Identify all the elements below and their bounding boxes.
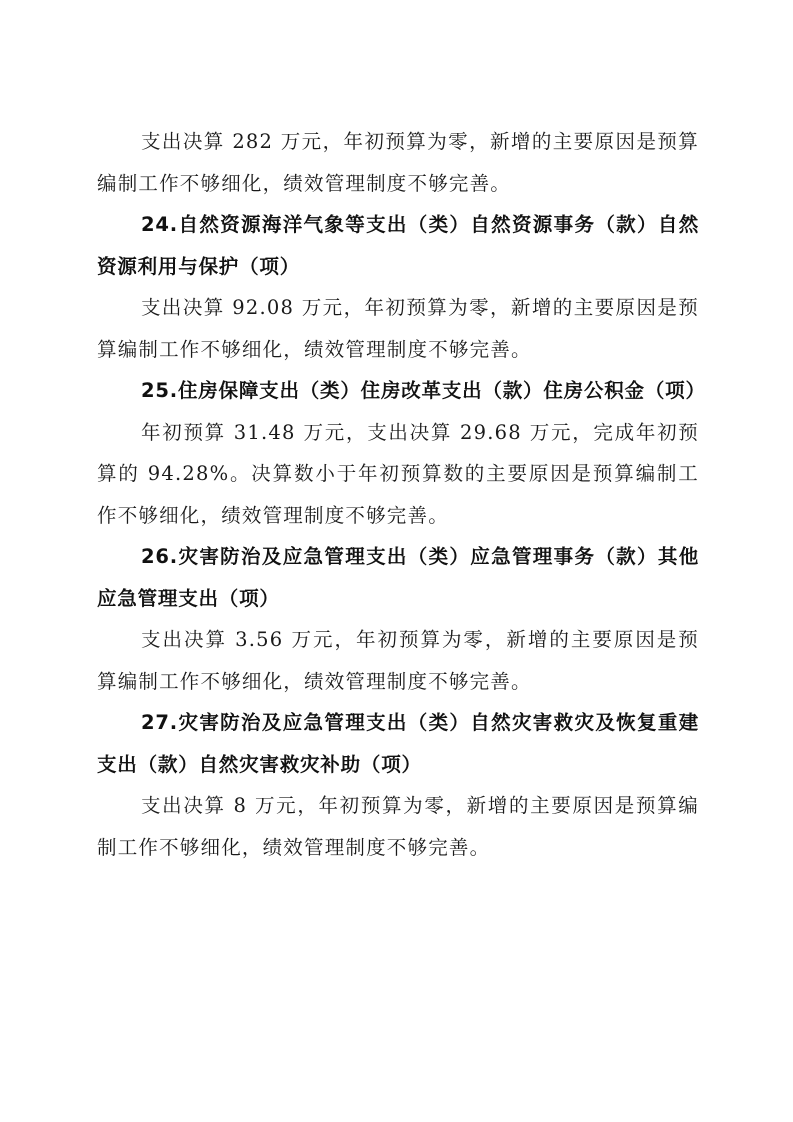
paragraph-item24-explanation: 支出决算 92.08 万元，年初预算为零，新增的主要原因是预算编制工作不够细化，…: [97, 287, 699, 370]
heading-item-27: 27.灾害防治及应急管理支出（类）自然灾害救灾及恢复重建支出（款）自然灾害救灾补…: [97, 702, 699, 785]
paragraph-item25-explanation: 年初预算 31.48 万元，支出决算 29.68 万元，完成年初预算的 94.2…: [97, 412, 699, 537]
heading-item-25: 25.住房保障支出（类）住房改革支出（款）住房公积金（项）: [97, 370, 699, 412]
document-page: 支出决算 282 万元，年初预算为零，新增的主要原因是预算编制工作不够细化，绩效…: [97, 121, 699, 868]
heading-item-26: 26.灾害防治及应急管理支出（类）应急管理事务（款）其他应急管理支出（项）: [97, 536, 699, 619]
paragraph-item27-explanation: 支出决算 8 万元，年初预算为零，新增的主要原因是预算编制工作不够细化，绩效管理…: [97, 785, 699, 868]
paragraph-item26-explanation: 支出决算 3.56 万元，年初预算为零，新增的主要原因是预算编制工作不够细化，绩…: [97, 619, 699, 702]
paragraph-item23-explanation: 支出决算 282 万元，年初预算为零，新增的主要原因是预算编制工作不够细化，绩效…: [97, 121, 699, 204]
heading-item-24: 24.自然资源海洋气象等支出（类）自然资源事务（款）自然资源利用与保护（项）: [97, 204, 699, 287]
